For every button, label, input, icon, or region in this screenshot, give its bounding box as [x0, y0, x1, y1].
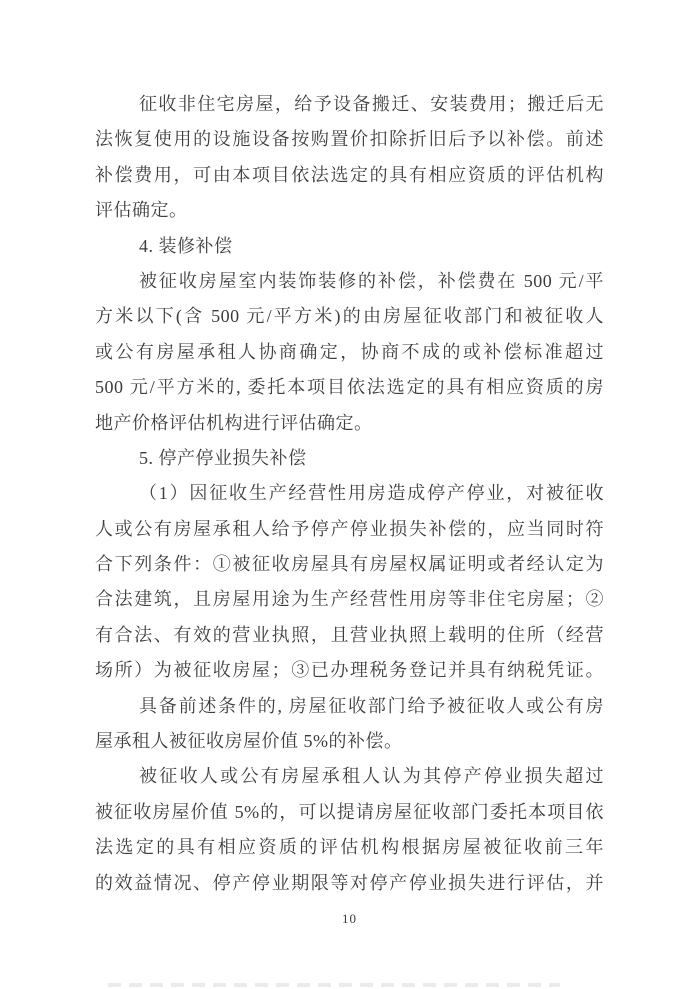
- text-line: 或公有房屋承租人协商确定，协商不成的或补偿标准超过: [95, 335, 604, 370]
- text-line: 被征收人或公有房屋承租人认为其停产停业损失超过: [95, 759, 604, 794]
- text-line: 征收非住宅房屋，给予设备搬迁、安装费用；搬迁后无: [95, 87, 604, 122]
- document-body: 征收非住宅房屋，给予设备搬迁、安装费用；搬迁后无 法恢复使用的设施设备按购置价扣…: [95, 87, 604, 901]
- section-heading: 4. 装修补偿: [95, 229, 604, 264]
- text-line: 人或公有房屋承租人给予停产停业损失补偿的，应当同时符: [95, 512, 604, 547]
- text-line: 的效益情况、停产停业期限等对停产停业损失进行评估，并: [95, 866, 604, 901]
- text-line: （1）因征收生产经营性用房造成停产停业，对被征收: [95, 476, 604, 511]
- page-number: 10: [0, 911, 699, 927]
- text-line: 500 元/平方米的, 委托本项目依法选定的具有相应资质的房: [95, 370, 604, 405]
- text-line: 合下列条件：①被征收房屋具有房屋权属证明或者经认定为: [95, 547, 604, 582]
- section-heading: 5. 停产停业损失补偿: [95, 441, 604, 476]
- text-line: 法恢复使用的设施设备按购置价扣除折旧后予以补偿。前述: [95, 122, 604, 157]
- document-page: 征收非住宅房屋，给予设备搬迁、安装费用；搬迁后无 法恢复使用的设施设备按购置价扣…: [0, 0, 699, 989]
- text-line: 地产价格评估机构进行评估确定。: [95, 406, 604, 441]
- text-line: 具备前述条件的, 房屋征收部门给予被征收人或公有房: [95, 689, 604, 724]
- text-line: 合法建筑，且房屋用途为生产经营性用房等非住宅房屋；②: [95, 582, 604, 617]
- text-line: 补偿费用，可由本项目依法选定的具有相应资质的评估机构: [95, 158, 604, 193]
- text-line: 被征收房屋价值 5%的，可以提请房屋征收部门委托本项目依: [95, 795, 604, 830]
- text-line: 评估确定。: [95, 193, 604, 228]
- text-line: 方米以下(含 500 元/平方米)的由房屋征收部门和被征收人: [95, 299, 604, 334]
- text-line: 有合法、有效的营业执照，且营业执照上载明的住所（经营: [95, 618, 604, 653]
- text-line: 被征收房屋室内装饰装修的补偿，补偿费在 500 元/平: [95, 264, 604, 299]
- next-page-text-hint: [108, 983, 560, 987]
- text-line: 法选定的具有相应资质的评估机构根据房屋被征收前三年: [95, 830, 604, 865]
- text-line: 场所）为被征收房屋；③已办理税务登记并具有纳税凭证。: [95, 653, 604, 688]
- text-line: 屋承租人被征收房屋价值 5%的补偿。: [95, 724, 604, 759]
